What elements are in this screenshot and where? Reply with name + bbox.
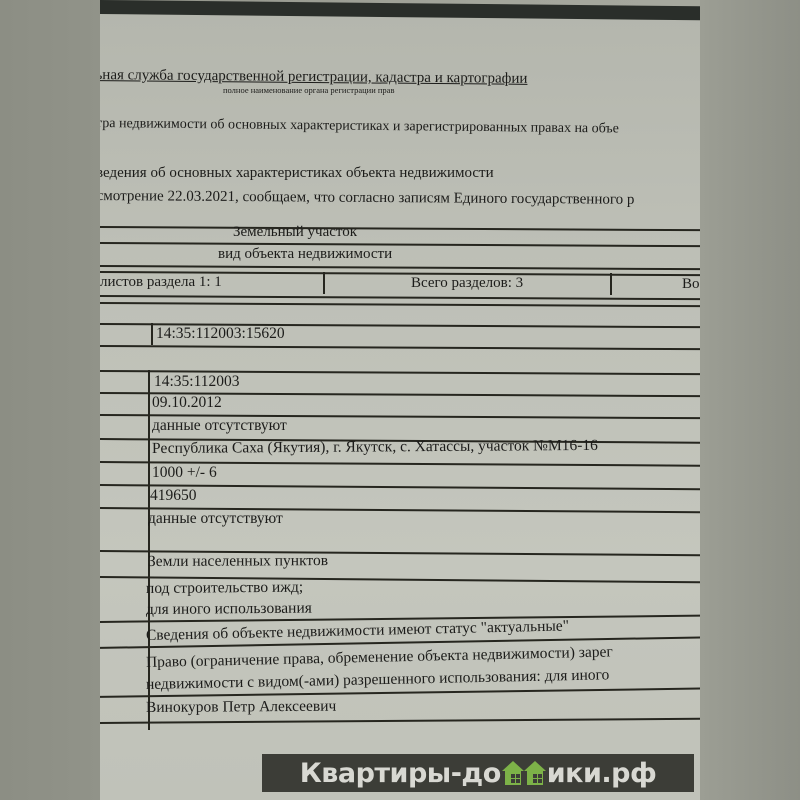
house-icon (524, 761, 546, 785)
table-border (100, 302, 700, 307)
table-border (323, 272, 325, 294)
table-border (151, 323, 153, 345)
table-border (610, 273, 612, 295)
total-sections: Всего разделов: 3 (411, 275, 523, 292)
watermark-text-after: ики.рф (547, 758, 657, 789)
previous-number: данные отсутствуют (152, 417, 287, 435)
cadastral-quarter: 14:35:112003 (154, 373, 240, 391)
owner-name: Винокуров Петр Алексеевич (146, 698, 336, 717)
table-border (100, 226, 700, 231)
objects-within: данные отсутствуют (148, 510, 283, 528)
table-border (100, 718, 700, 724)
table-border (100, 345, 700, 350)
section-title: ведения об основных характеристиках объе… (100, 165, 494, 182)
area: 1000 +/- 6 (152, 464, 217, 482)
cadastral-value: 419650 (150, 487, 197, 505)
cadastral-number: 14:35:112003:15620 (156, 325, 285, 343)
permitted-use-line2: для иного использования (146, 600, 312, 619)
house-logo-icon (502, 761, 546, 785)
sheets-in-section: листов раздела 1: 1 (100, 274, 222, 291)
table-border (100, 242, 700, 247)
table-border (100, 265, 700, 270)
document-page: льная служба государственной регистрации… (100, 10, 700, 800)
land-category: Земли населенных пунктов (148, 552, 328, 571)
statement-text: ссмотрение 22.03.2021, сообщаем, что сог… (100, 188, 634, 209)
house-icon (502, 761, 524, 785)
table-border (100, 295, 700, 300)
registration-date: 09.10.2012 (152, 394, 222, 412)
agency-note: полное наименование органа регистрации п… (223, 85, 394, 95)
sheet-info-truncated: Во (682, 276, 700, 293)
watermark-text-before: Квартиры-до (300, 758, 501, 789)
address: Республика Саха (Якутия), г. Якутск, с. … (152, 437, 598, 458)
background-right (700, 0, 800, 800)
object-type-caption: вид объекта недвижимости (218, 246, 392, 263)
object-type: Земельный участок (233, 224, 357, 241)
watermark-banner: Квартиры-до ики.рф (262, 754, 694, 792)
permitted-use-line1: под строительство ижд; (146, 579, 303, 598)
document-title: тра недвижимости об основных характерист… (100, 116, 619, 137)
